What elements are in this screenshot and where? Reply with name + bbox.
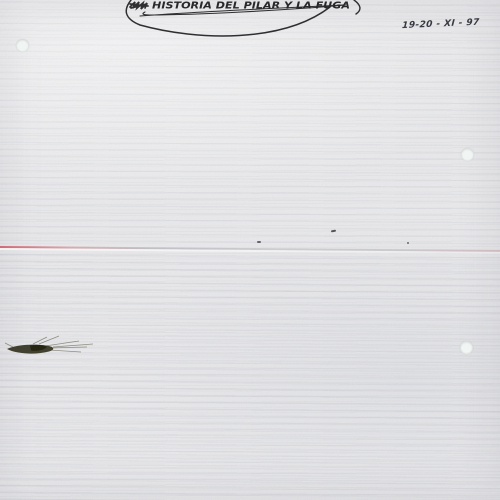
scanned-page: HISTORIA DEL PILAR Y LA FUGA 19-20 - XI … <box>0 0 500 500</box>
punch-hole-right-lower <box>460 341 473 354</box>
date-annotation: 19-20 - XI - 97 <box>402 17 498 31</box>
ink-speck <box>331 230 336 233</box>
ink-smudge <box>3 334 101 364</box>
punch-hole-right-upper <box>461 148 474 161</box>
title-bubble: HISTORIA DEL PILAR Y LA FUGA <box>118 0 373 50</box>
fold-crease <box>0 246 500 252</box>
ink-speck <box>407 242 409 244</box>
scribble-mark <box>130 2 148 9</box>
bubble-outline-right <box>354 0 360 14</box>
punch-hole-left <box>16 39 29 52</box>
title-text: HISTORIA DEL PILAR Y LA FUGA <box>152 1 350 12</box>
ink-speck <box>257 241 261 243</box>
bleed-through-texture <box>0 253 500 500</box>
